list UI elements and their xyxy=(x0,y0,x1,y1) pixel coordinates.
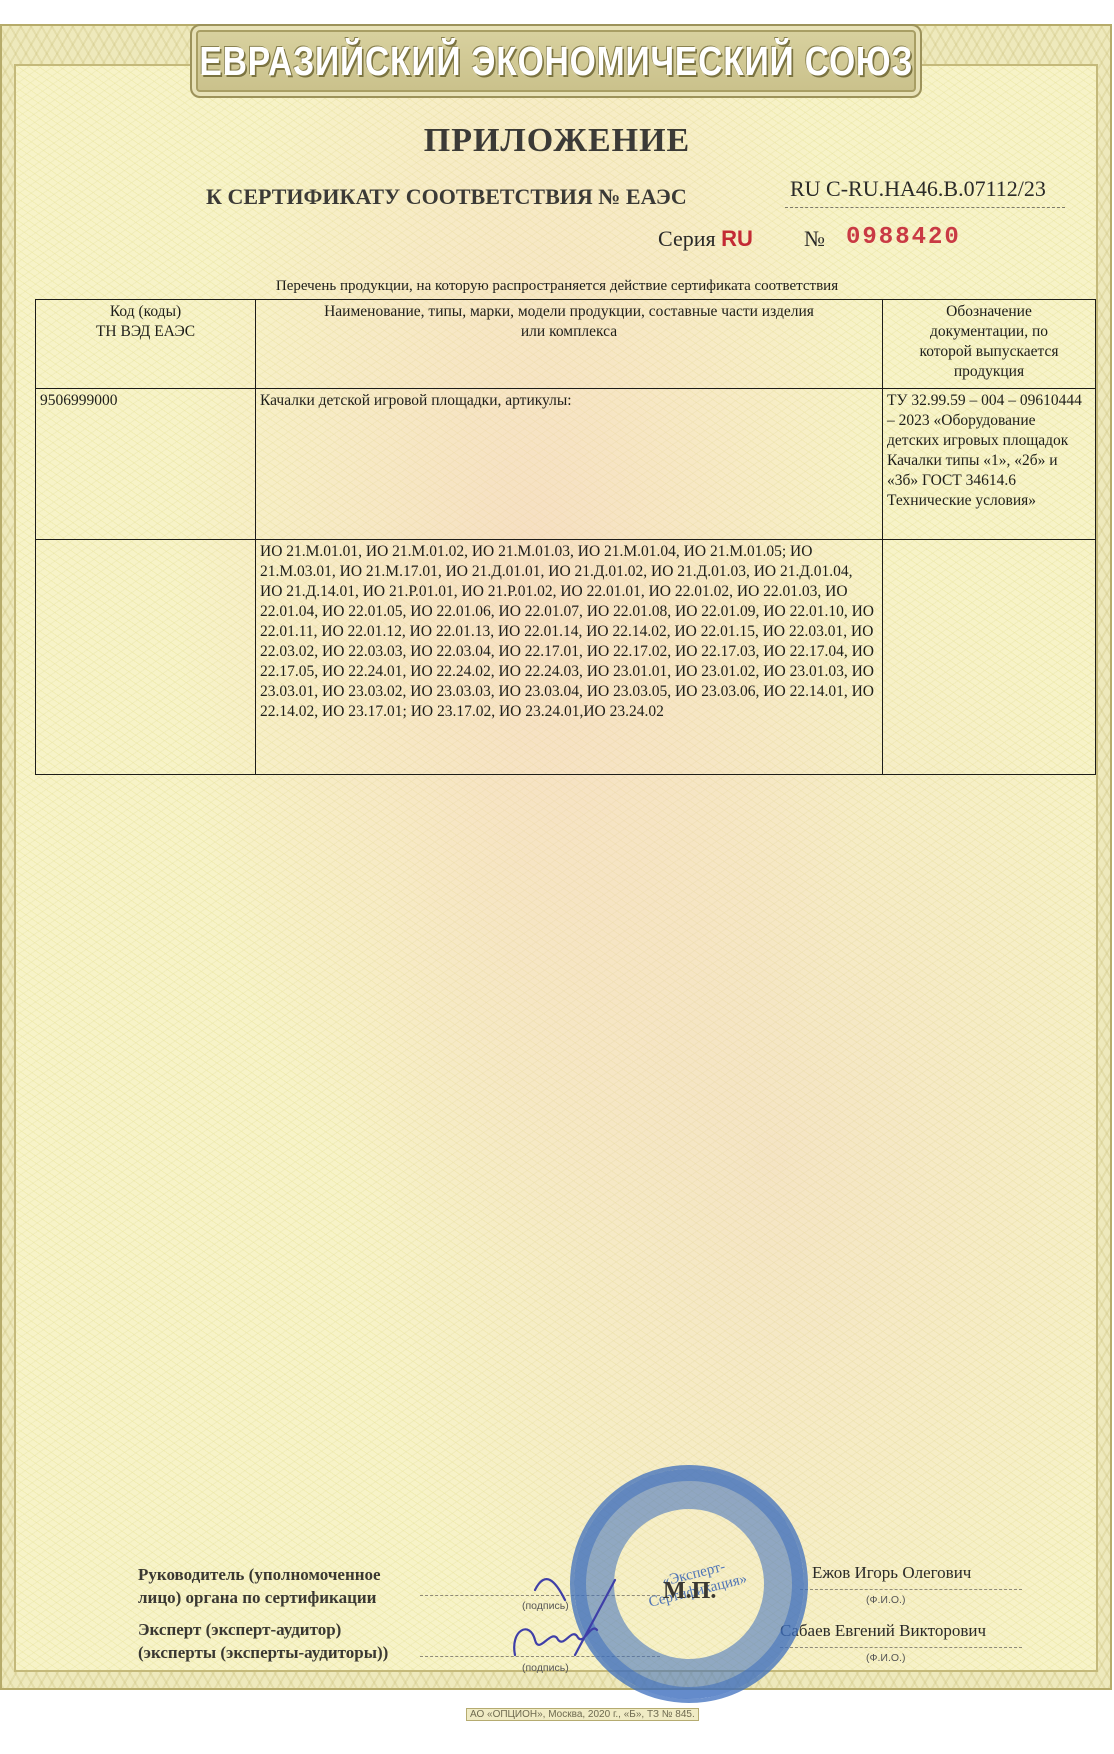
certificate-number: RU С-RU.НА46.В.07112/23 xyxy=(790,176,1046,202)
expert-name: Сабаев Евгений Викторович xyxy=(780,1621,986,1641)
expert-fio-caption: (Ф.И.О.) xyxy=(866,1652,905,1664)
column-header-code: Код (коды) ТН ВЭД ЕАЭС xyxy=(36,300,256,389)
column-header-doc-line: Обозначение xyxy=(887,302,1091,322)
head-name: Ежов Игорь Олегович xyxy=(812,1563,971,1583)
table-caption: Перечень продукции, на которую распростр… xyxy=(0,278,1114,295)
expert-label-line: (эксперты (эксперты-аудиторы)) xyxy=(138,1641,388,1664)
cell-code: 9506999000 xyxy=(36,389,256,540)
products-table: Код (коды) ТН ВЭД ЕАЭС Наименование, тип… xyxy=(35,299,1096,775)
seal-label: М.П. xyxy=(663,1578,716,1605)
form-number-label: № xyxy=(804,226,825,252)
table-row: 9506999000 Качалки детской игровой площа… xyxy=(36,389,1096,540)
form-number: 0988420 xyxy=(846,224,961,251)
certificate-number-underline xyxy=(785,207,1065,208)
table-row: ИО 21.М.01.01, ИО 21.М.01.02, ИО 21.М.01… xyxy=(36,540,1096,775)
union-banner: ЕВРАЗИЙСКИЙ ЭКОНОМИЧЕСКИЙ СОЮЗ xyxy=(190,24,922,98)
head-fio-line xyxy=(800,1589,1022,1590)
expert-fio-line xyxy=(780,1647,1022,1648)
column-header-doc-line: продукция xyxy=(887,362,1091,382)
expert-label: Эксперт (эксперт-аудитор) (эксперты (экс… xyxy=(138,1618,388,1664)
column-header-name: Наименование, типы, марки, модели продук… xyxy=(256,300,883,389)
page-subtitle: К СЕРТИФИКАТУ СООТВЕТСТВИЯ № ЕАЭС xyxy=(206,184,687,210)
series-label: Серия xyxy=(658,226,716,251)
banner-text: ЕВРАЗИЙСКИЙ ЭКОНОМИЧЕСКИЙ СОЮЗ xyxy=(199,38,913,85)
expert-label-line: Эксперт (эксперт-аудитор) xyxy=(138,1618,388,1641)
column-header-doc-line: документации, по xyxy=(887,322,1091,342)
handwritten-signature-icon xyxy=(505,1560,625,1680)
series: Серия RU xyxy=(658,226,753,252)
page-title: ПРИЛОЖЕНИЕ xyxy=(0,122,1114,160)
printer-imprint: АО «ОПЦИОН», Москва, 2020 г., «Б», ТЗ № … xyxy=(466,1708,699,1721)
cell-doc: ТУ 32.99.59 – 004 – 09610444 – 2023 «Обо… xyxy=(883,389,1096,540)
column-header-doc: Обозначение документации, по которой вып… xyxy=(883,300,1096,389)
cell-name: Качалки детской игровой площадки, артику… xyxy=(256,389,883,540)
head-label-line: лицо) органа по сертификации xyxy=(138,1586,381,1609)
cell-code xyxy=(36,540,256,775)
cell-doc xyxy=(883,540,1096,775)
head-label-line: Руководитель (уполномоченное xyxy=(138,1563,381,1586)
column-header-name-line: или комплекса xyxy=(260,322,878,342)
column-header-name-line: Наименование, типы, марки, модели продук… xyxy=(260,302,878,322)
column-header-code-line: ТН ВЭД ЕАЭС xyxy=(40,322,251,342)
head-label: Руководитель (уполномоченное лицо) орган… xyxy=(138,1563,381,1609)
column-header-code-line: Код (коды) xyxy=(40,302,251,322)
head-fio-caption: (Ф.И.О.) xyxy=(866,1594,905,1606)
column-header-doc-line: которой выпускается xyxy=(887,342,1091,362)
series-value: RU xyxy=(721,226,753,251)
table-header-row: Код (коды) ТН ВЭД ЕАЭС Наименование, тип… xyxy=(36,300,1096,389)
cell-name: ИО 21.М.01.01, ИО 21.М.01.02, ИО 21.М.01… xyxy=(256,540,883,775)
